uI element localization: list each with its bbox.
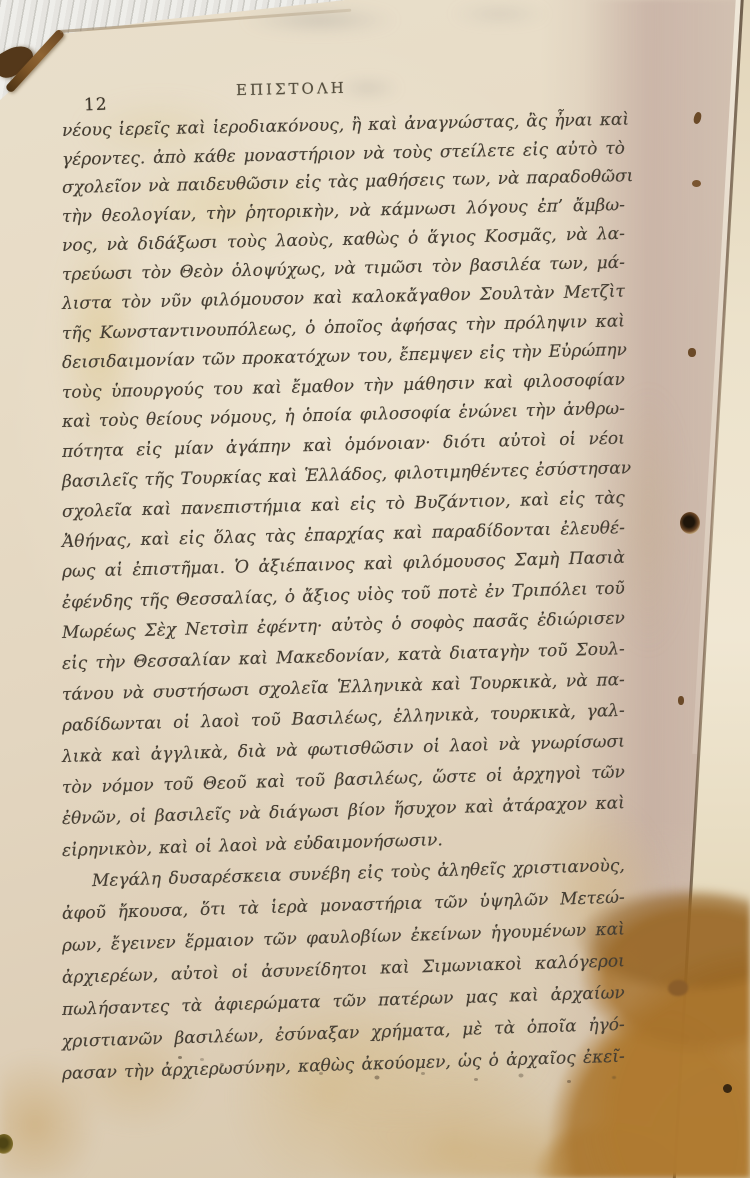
text-line: σχολεῖον νὰ παιδευθῶσιν εἰς τὰς μαθήσεις… [62, 167, 625, 199]
text-line: λιστα τὸν νῦν φιλόμουσον καὶ καλοκἄγαθον… [62, 282, 625, 314]
text-line: νος, νὰ διδάξωσι τοὺς λαοὺς, καθὼς ὁ ἅγι… [62, 224, 625, 256]
text-line: ρων, ἔγεινεν ἕρμαιον τῶν φαυλοβίων ἐκείν… [62, 919, 625, 956]
text-line: λικὰ καὶ ἀγγλικὰ, διὰ νὰ φωτισθῶσιν οἱ λ… [62, 731, 625, 766]
text-line: εἰρηνικὸν, καὶ οἱ λαοὶ νὰ εὐδαιμονήσωσιν… [62, 825, 625, 861]
text-line: ἐφένδης τῆς Θεσσαλίας, ὁ ἄξιος υἱὸς τοῦ … [62, 578, 625, 612]
text-line: σχολεῖα καὶ πανεπιστήμια καὶ εἰς τὸ Βυζά… [62, 488, 625, 522]
text-line: εἰς τὴν Θεσσαλίαν καὶ Μακεδονίαν, κατὰ δ… [62, 639, 625, 674]
text-line: πωλήσαντες τὰ ἀφιερώματα τῶν πατέρων μας… [62, 983, 625, 1020]
text-line: τὴν θεολογίαν, τὴν ῥητορικὴν, νὰ κάμνωσι… [62, 195, 625, 227]
text-line: ραδίδωνται οἱ λαοὶ τοῦ Βασιλέως, ἑλληνικ… [62, 701, 625, 736]
text-line: ρως αἱ ἐπιστῆμαι. Ὁ ἀξιέπαινος καὶ φιλόμ… [62, 548, 625, 582]
text-line: νέους ἱερεῖς καὶ ἱεροδιακόνους, ἢ καὶ ἀν… [62, 110, 625, 141]
text-block: νέους ἱερεῖς καὶ ἱεροδιακόνους, ἢ καὶ ἀν… [62, 0, 625, 1178]
text-line: Μωρέως Σὲχ Νετσὶπ ἐφέντη· αὐτὸς ὁ σοφὸς … [62, 609, 625, 644]
text-line: χριστιανῶν βασιλέων, ἐσύναξαν χρήματα, μ… [62, 1015, 625, 1052]
text-line: ρασαν τὴν ἀρχιερωσύνην, καθὼς ἀκούομεν, … [62, 1047, 625, 1084]
text-line: Ἀθήνας, καὶ εἰς ὅλας τὰς ἐπαρχίας καὶ πα… [62, 518, 625, 552]
text-line: ἀρχιερέων, αὐτοὶ οἱ ἀσυνείδητοι καὶ Σιμω… [62, 951, 625, 988]
text-line: πότητα εἰς μίαν ἀγάπην καὶ ὁμόνοιαν· διό… [62, 429, 625, 462]
text-line: τοὺς ὑπουργούς του καὶ ἔμαθον τὴν μάθησι… [62, 369, 625, 402]
text-line: Μεγάλη δυσαρέσκεια συνέβη εἰς τοὺς ἀληθε… [62, 856, 625, 892]
text-line: τῆς Κωνσταντινουπόλεως, ὁ ὁποῖος ἀφήσας … [62, 311, 625, 344]
text-line: γέροντες. ἀπὸ κάθε μοναστήριον νὰ τοὺς σ… [62, 138, 625, 169]
text-line: τρεύωσι τὸν Θεὸν ὁλοψύχως, νὰ τιμῶσι τὸν… [62, 253, 625, 285]
book-page-photo: 12 ΕΠΙΣΤΟΛΗ νέους ἱερεῖς καὶ ἱεροδιακόνο… [0, 0, 750, 1178]
text-line: τὸν νόμον τοῦ Θεοῦ καὶ τοῦ βασιλέως, ὥστ… [62, 762, 625, 798]
text-line: καὶ τοὺς θείους νόμους, ἡ ὁποία φιλοσοφί… [62, 399, 625, 432]
text-line: τάνου νὰ συστήσωσι σχολεῖα Ἑλληνικὰ καὶ … [62, 670, 625, 705]
text-line: βασιλεῖς τῆς Τουρκίας καὶ Ἑλλάδος, φιλοτ… [62, 458, 625, 492]
text-line: ἀφοῦ ἤκουσα, ὅτι τὰ ἱερὰ μοναστήρια τῶν … [62, 888, 625, 924]
text-line: ἐθνῶν, οἱ βασιλεῖς νὰ διάγωσι βίον ἥσυχο… [62, 793, 625, 829]
text-line: δεισιδαιμονίαν τῶν προκατόχων του, ἔπεμψ… [62, 340, 625, 373]
